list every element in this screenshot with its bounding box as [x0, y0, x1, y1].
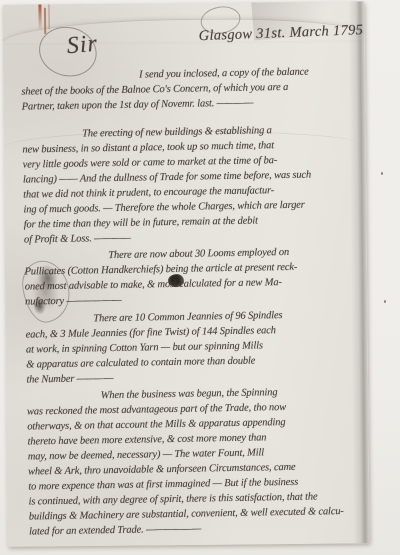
- salutation: Sir: [66, 31, 99, 60]
- scanned-letter: Glasgow 31st. March 1795 Sir I send you …: [0, 0, 400, 555]
- paragraph-2: The erecting of new buildings & establis…: [22, 122, 370, 248]
- letter-body: I send you inclosed, a copy of the balan…: [21, 64, 370, 542]
- dust-speck: [384, 300, 386, 303]
- paragraph-5: When the business was begun, the Spinnin…: [27, 383, 370, 539]
- letter-page: Glasgow 31st. March 1795 Sir I send you …: [2, 1, 369, 546]
- dust-speck: [381, 172, 383, 175]
- red-ink-stain: [38, 4, 41, 31]
- paragraph-1: I send you inclosed, a copy of the balan…: [21, 64, 368, 115]
- paragraph-4: There are 10 Common Jeannies of 96 Spind…: [25, 306, 369, 387]
- paragraph-3: There are now about 30 Looms employed on…: [24, 244, 369, 310]
